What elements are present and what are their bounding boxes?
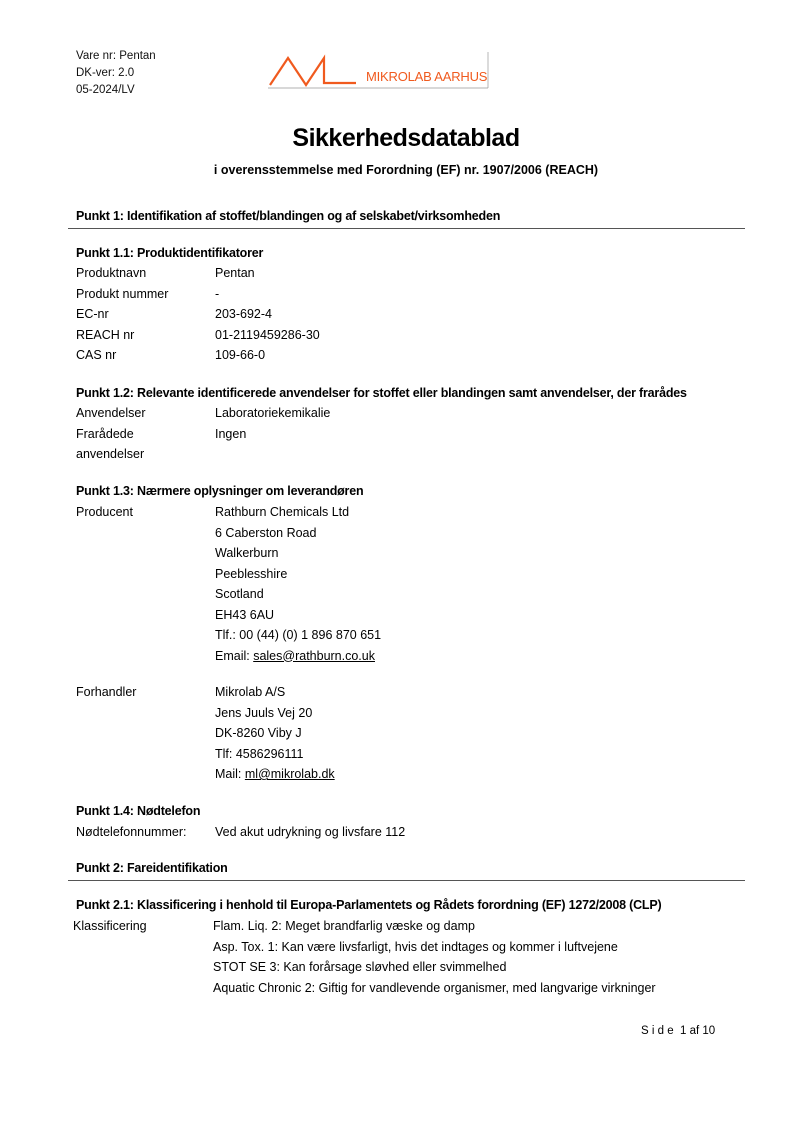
company-logo: MIKROLAB AARHUS [268,52,490,90]
table-row: FrarådedeIngen [76,424,676,445]
list-item: Aquatic Chronic 2: Giftig for vandlevend… [213,978,656,999]
product-identifiers: ProduktnavnPentan Produkt nummer- EC-nr2… [76,263,676,366]
page-title: Sikkerhedsdatablad [0,124,794,153]
table-row: Produkt nummer- [76,284,676,305]
revision-date: 05-2024/LV [76,82,156,99]
table-row: CAS nr109-66-0 [76,345,676,366]
classification-label: Klassificering [73,916,147,937]
page-subtitle: i overensstemmelse med Forordning (EF) n… [0,163,794,177]
logo-text: MIKROLAB AARHUS [366,69,487,84]
list-item: STOT SE 3: Kan forårsage sløvhed eller s… [213,957,656,978]
section-2-heading: Punkt 2: Fareidentifikation [76,861,228,875]
list-item: Asp. Tox. 1: Kan være livsfarligt, hvis … [213,937,656,958]
version: DK-ver: 2.0 [76,65,156,82]
dealer-label: Forhandler [76,682,136,703]
document-meta: Vare nr: Pentan DK-ver: 2.0 05-2024/LV [76,48,156,99]
dealer-address: Mikrolab A/S Jens Juuls Vej 20 DK-8260 V… [215,682,335,785]
section-2-1-heading: Punkt 2.1: Klassificering i henhold til … [76,898,661,912]
table-row: REACH nr01-2119459286-30 [76,325,676,346]
emergency-phone-label: Nødtelefonnummer: [76,822,186,843]
section-1-3-heading: Punkt 1.3: Nærmere oplysninger om levera… [76,484,363,498]
emergency-phone-value: Ved akut udrykning og livsfare 112 [215,822,405,843]
section-1-heading: Punkt 1: Identifikation af stoffet/bland… [76,209,500,223]
table-row: ProduktnavnPentan [76,263,676,284]
section-divider [68,228,745,229]
table-row: anvendelser [76,444,676,465]
item-number: Vare nr: Pentan [76,48,156,65]
section-1-2-heading: Punkt 1.2: Relevante identificerede anve… [76,386,687,400]
dealer-email-link[interactable]: ml@mikrolab.dk [245,767,335,781]
producer-email-link[interactable]: sales@rathburn.co.uk [253,649,375,663]
producer-label: Producent [76,502,133,523]
table-row: EC-nr203-692-4 [76,304,676,325]
classification-list: Flam. Liq. 2: Meget brandfarlig væske og… [213,916,656,998]
relevant-uses: AnvendelserLaboratoriekemikalie Fraråded… [76,403,676,465]
table-row: AnvendelserLaboratoriekemikalie [76,403,676,424]
producer-address: Rathburn Chemicals Ltd 6 Caberston Road … [215,502,381,666]
list-item: Flam. Liq. 2: Meget brandfarlig væske og… [213,916,656,937]
section-1-1-heading: Punkt 1.1: Produktidentifikatorer [76,246,263,260]
page-number: S i d e 1 af 10 [641,1025,715,1037]
section-1-4-heading: Punkt 1.4: Nødtelefon [76,804,200,818]
section-divider [68,880,745,881]
